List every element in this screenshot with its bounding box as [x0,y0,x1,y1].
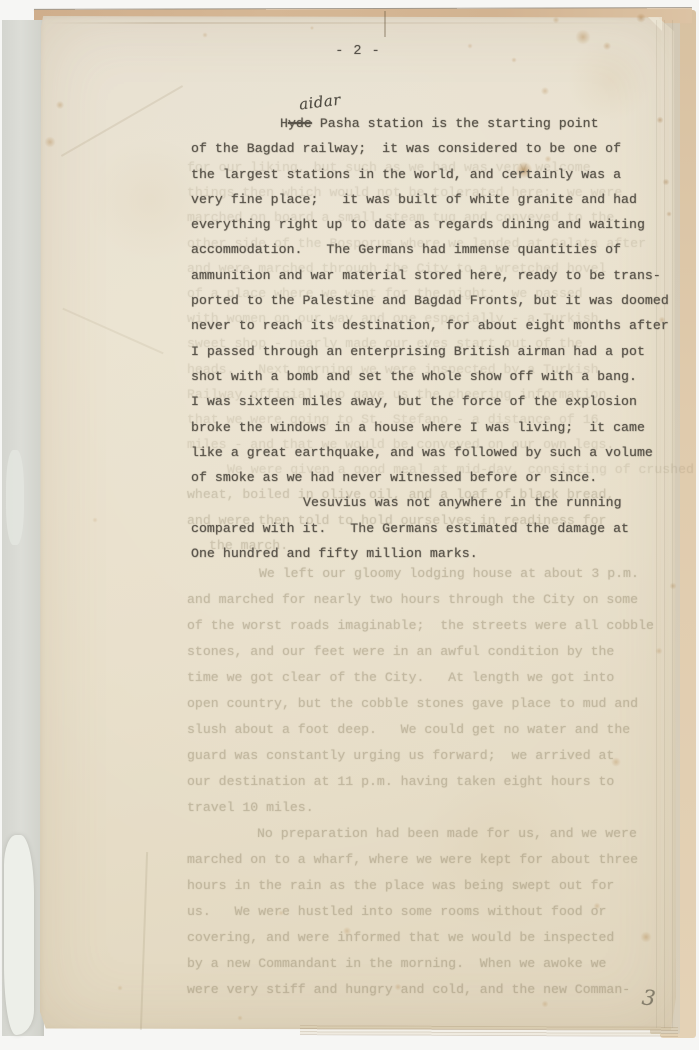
page-number-header: - 2 - [40,44,676,59]
typed-line: very fine place; it was built of white g… [191,187,669,212]
binding-strip [2,20,44,1036]
typed-line: the largest stations in the world, and c… [191,162,669,187]
typed-line: never to reach its destination, for abou… [191,313,669,338]
typed-line: shot with a bomb and set the whole show … [191,364,669,389]
typed-line: everything right up to date as regards d… [191,212,669,237]
typed-line: I passed through an enterprising British… [191,339,669,364]
typed-text-body: Hyde Pasha station is the starting point… [191,111,669,566]
torn-paper-fragment [4,835,34,1035]
typed-line: compared with it. The Germans estimated … [191,516,669,541]
typed-line: One hundred and fifty million marks. [191,541,669,566]
strikethrough-text: yde [288,116,312,131]
typed-line: of smoke as we had never witnessed befor… [191,465,669,490]
typed-text: Pasha station is the starting point [312,116,599,131]
typed-line: ammunition and war material stored here,… [191,263,669,288]
typed-line: Hyde Pasha station is the starting point [191,111,669,136]
typed-line: of the Bagdad railway; it was considered… [191,136,669,161]
scanned-document-photo: for our liking, but such as we had was v… [0,0,699,1050]
page-corner-fold [648,17,662,31]
typed-line: like a great earthquake, and was followe… [191,440,669,465]
typed-line: ported to the Palestine and Bagdad Front… [191,288,669,313]
typed-line: I was sixteen miles away, but the force … [191,389,669,414]
typed-text: H [280,116,288,131]
typed-line: Vesuvius was not anywhere in the running [191,490,669,515]
torn-paper-fragment [6,450,24,545]
typed-line: accommodation. The Germans had immense q… [191,237,669,262]
typed-line: broke the windows in a house where I was… [191,415,669,440]
